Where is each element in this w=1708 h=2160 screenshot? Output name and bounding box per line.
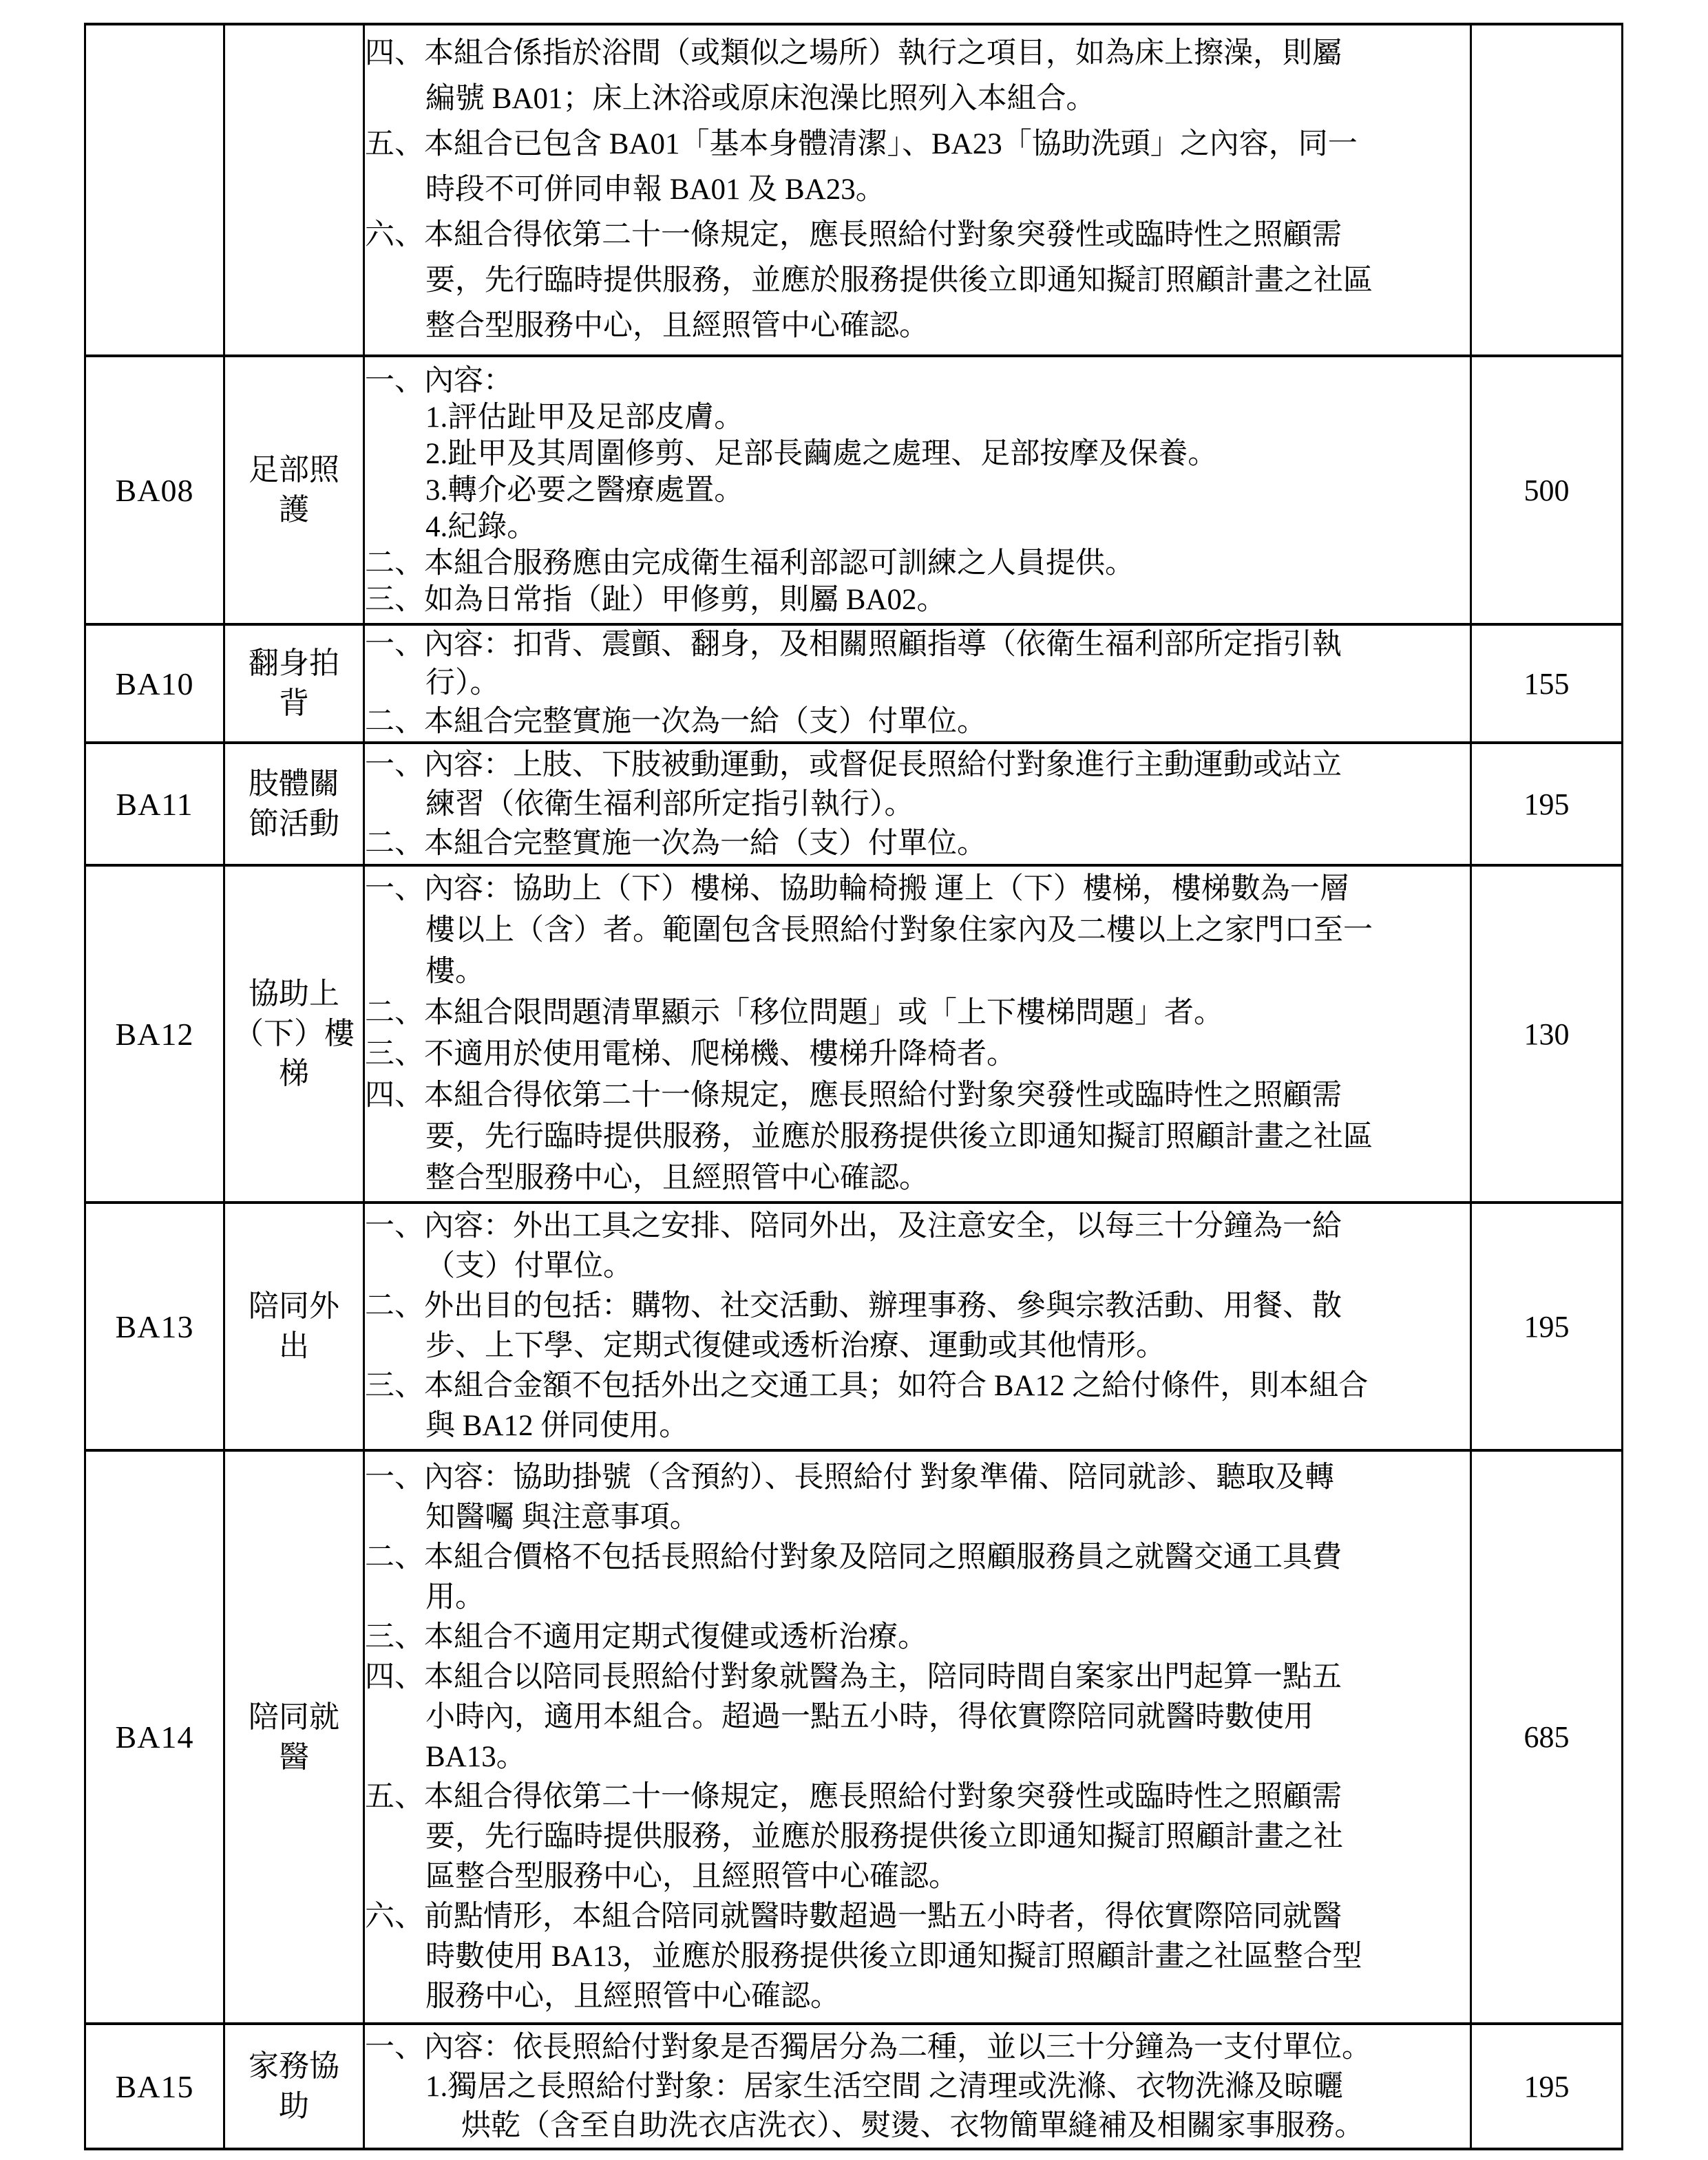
service-name: 家務協 助 [225, 2046, 363, 2126]
description-item: 三、如為日常指（趾）甲修剪，則屬 BA02。 [365, 582, 1470, 618]
service-name-cell: 翻身拍 背 [224, 624, 364, 743]
service-code: BA10 [86, 666, 223, 702]
description-item: 1.評估趾甲及足部皮膚。 [365, 399, 1470, 436]
description-item: 一、內容：外出工具之安排、陪同外出，及注意安全，以每三十分鐘為一給 （支）付單位… [365, 1207, 1470, 1287]
service-name: 陪同外 出 [225, 1287, 363, 1366]
service-price-cell: 130 [1471, 865, 1623, 1203]
description-item: 二、本組合完整實施一次為一給（支）付單位。 [365, 824, 1470, 863]
description-item: 三、本組合不適用定期式復健或透析治療。 [365, 1618, 1470, 1658]
service-name: 足部照 護 [225, 450, 363, 530]
service-price-cell: 155 [1471, 624, 1623, 743]
description-item: 二、外出目的包括：購物、社交活動、辦理事務、參與宗教活動、用餐、散 步、上下學、… [365, 1287, 1470, 1366]
description-item: 一、內容：扣背、震顫、翻身，及相關照顧指導（依衛生福利部所定指引執 行）。 [365, 626, 1470, 703]
service-price: 500 [1472, 473, 1621, 508]
table-row: BA11肢體關 節活動一、內容：上肢、下肢被動運動，或督促長照給付對象進行主動運… [85, 743, 1623, 865]
service-name-cell: 肢體關 節活動 [224, 743, 364, 865]
description-item: 三、本組合金額不包括外出之交通工具；如符合 BA12 之給付條件，則本組合 與 … [365, 1366, 1470, 1446]
service-price: 130 [1472, 1017, 1621, 1052]
service-description-cell: 一、內容：上肢、下肢被動運動，或督促長照給付對象進行主動運動或站立 練習（依衛生… [364, 743, 1471, 865]
table-row: BA13陪同外 出一、內容：外出工具之安排、陪同外出，及注意安全，以每三十分鐘為… [85, 1203, 1623, 1450]
description-item: 一、內容：協助上（下）樓梯、協助輪椅搬 運上（下）樓梯，樓梯數為一層 樓以上（含… [365, 869, 1470, 993]
service-code: BA11 [86, 786, 223, 823]
service-price: 195 [1472, 787, 1621, 822]
table-row: 四、本組合係指於浴間（或類似之場所）執行之項目，如為床上擦澡，則屬 編號 BA0… [85, 24, 1623, 356]
service-description-cell: 四、本組合係指於浴間（或類似之場所）執行之項目，如為床上擦澡，則屬 編號 BA0… [364, 24, 1471, 356]
service-price-cell [1471, 24, 1623, 356]
service-name-cell: 足部照 護 [224, 356, 364, 624]
description-item: 1.獨居之長照給付對象：居家生活空間 之清理或洗滌、衣物洗滌及晾曬 烘乾（含至自… [365, 2067, 1470, 2146]
service-table-body: 四、本組合係指於浴間（或類似之場所）執行之項目，如為床上擦澡，則屬 編號 BA0… [85, 24, 1623, 2149]
table-row: BA10翻身拍 背一、內容：扣背、震顫、翻身，及相關照顧指導（依衛生福利部所定指… [85, 624, 1623, 743]
service-code-cell: BA12 [85, 865, 224, 1203]
service-price-cell: 195 [1471, 743, 1623, 865]
description-item: 一、內容：上肢、下肢被動運動，或督促長照給付對象進行主動運動或站立 練習（依衛生… [365, 745, 1470, 824]
description-item: 3.轉介必要之醫療處置。 [365, 472, 1470, 509]
description-item: 五、本組合得依第二十一條規定，應長照給付對象突發性或臨時性之照顧需 要，先行臨時… [365, 1777, 1470, 1897]
table-row: BA12協助上 （下）樓 梯一、內容：協助上（下）樓梯、協助輪椅搬 運上（下）樓… [85, 865, 1623, 1203]
description-item: 六、本組合得依第二十一條規定，應長照給付對象突發性或臨時性之照顧需 要，先行臨時… [365, 213, 1470, 349]
service-description-cell: 一、內容：扣背、震顫、翻身，及相關照顧指導（依衛生福利部所定指引執 行）。二、本… [364, 624, 1471, 743]
service-code-cell: BA11 [85, 743, 224, 865]
service-name-cell [224, 24, 364, 356]
service-code: BA14 [86, 1719, 223, 1755]
service-code: BA15 [86, 2068, 223, 2105]
description-item: 2.趾甲及其周圍修剪、足部長繭處之處理、足部按摩及保養。 [365, 436, 1470, 472]
service-price-cell: 195 [1471, 1203, 1623, 1450]
description-item: 五、本組合已包含 BA01「基本身體清潔」、BA23「協助洗頭」之內容，同一 時… [365, 122, 1470, 213]
description-item: 一、內容： [365, 363, 1470, 399]
service-code-cell [85, 24, 224, 356]
description-item: 二、本組合價格不包括長照給付對象及陪同之照顧服務員之就醫交通工具費 用。 [365, 1538, 1470, 1618]
service-code-cell: BA10 [85, 624, 224, 743]
service-name: 陪同就 醫 [225, 1697, 363, 1777]
service-price: 195 [1472, 2069, 1621, 2104]
service-code-cell: BA13 [85, 1203, 224, 1450]
service-name-cell: 協助上 （下）樓 梯 [224, 865, 364, 1203]
service-description-cell: 一、內容：1.評估趾甲及足部皮膚。2.趾甲及其周圍修剪、足部長繭處之處理、足部按… [364, 356, 1471, 624]
service-name: 翻身拍 背 [225, 644, 363, 723]
service-price: 195 [1472, 1309, 1621, 1344]
service-description-cell: 一、內容：外出工具之安排、陪同外出，及注意安全，以每三十分鐘為一給 （支）付單位… [364, 1203, 1471, 1450]
description-item: 六、前點情形，本組合陪同就醫時數超過一點五小時者，得依實際陪同就醫 時數使用 B… [365, 1897, 1470, 2017]
service-code: BA13 [86, 1309, 223, 1345]
description-item: 二、本組合服務應由完成衛生福利部認可訓練之人員提供。 [365, 545, 1470, 582]
service-price: 155 [1472, 666, 1621, 701]
table-row: BA14陪同就 醫一、內容：協助掛號（含預約）、長照給付 對象準備、陪同就診、聽… [85, 1450, 1623, 2024]
service-name: 肢體關 節活動 [225, 764, 363, 844]
service-code: BA12 [86, 1016, 223, 1052]
service-price-table: 四、本組合係指於浴間（或類似之場所）執行之項目，如為床上擦澡，則屬 編號 BA0… [84, 23, 1623, 2150]
description-item: 三、不適用於使用電梯、爬梯機、樓梯升降椅者。 [365, 1034, 1470, 1075]
service-code-cell: BA08 [85, 356, 224, 624]
service-name-cell: 陪同外 出 [224, 1203, 364, 1450]
service-description-cell: 一、內容：協助上（下）樓梯、協助輪椅搬 運上（下）樓梯，樓梯數為一層 樓以上（含… [364, 865, 1471, 1203]
description-item: 四、本組合得依第二十一條規定，應長照給付對象突發性或臨時性之照顧需 要，先行臨時… [365, 1075, 1470, 1199]
service-name-cell: 陪同就 醫 [224, 1450, 364, 2024]
description-item: 4.紀錄。 [365, 509, 1470, 545]
description-item: 二、本組合完整實施一次為一給（支）付單位。 [365, 703, 1470, 741]
service-name: 協助上 （下）樓 梯 [225, 974, 363, 1094]
service-description-cell: 一、內容：依長照給付對象是否獨居分為二種，並以三十分鐘為一支付單位。1.獨居之長… [364, 2024, 1471, 2149]
table-row: BA08足部照 護一、內容：1.評估趾甲及足部皮膚。2.趾甲及其周圍修剪、足部長… [85, 356, 1623, 624]
service-price-cell: 685 [1471, 1450, 1623, 2024]
service-price-cell: 500 [1471, 356, 1623, 624]
description-item: 一、內容：依長照給付對象是否獨居分為二種，並以三十分鐘為一支付單位。 [365, 2028, 1470, 2067]
description-item: 四、本組合係指於浴間（或類似之場所）執行之項目，如為床上擦澡，則屬 編號 BA0… [365, 31, 1470, 122]
service-price-cell: 195 [1471, 2024, 1623, 2149]
table-row: BA15家務協 助一、內容：依長照給付對象是否獨居分為二種，並以三十分鐘為一支付… [85, 2024, 1623, 2149]
description-item: 一、內容：協助掛號（含預約）、長照給付 對象準備、陪同就診、聽取及轉 知醫囑 與… [365, 1458, 1470, 1538]
description-item: 四、本組合以陪同長照給付對象就醫為主，陪同時間自案家出門起算一點五 小時內，適用… [365, 1658, 1470, 1777]
description-item: 二、本組合限問題清單顯示「移位問題」或「上下樓梯問題」者。 [365, 993, 1470, 1034]
service-code: BA08 [86, 472, 223, 509]
document-page: 四、本組合係指於浴間（或類似之場所）執行之項目，如為床上擦澡，則屬 編號 BA0… [0, 0, 1708, 2160]
service-description-cell: 一、內容：協助掛號（含預約）、長照給付 對象準備、陪同就診、聽取及轉 知醫囑 與… [364, 1450, 1471, 2024]
service-code-cell: BA14 [85, 1450, 224, 2024]
service-code-cell: BA15 [85, 2024, 224, 2149]
service-name-cell: 家務協 助 [224, 2024, 364, 2149]
service-price: 685 [1472, 1719, 1621, 1755]
